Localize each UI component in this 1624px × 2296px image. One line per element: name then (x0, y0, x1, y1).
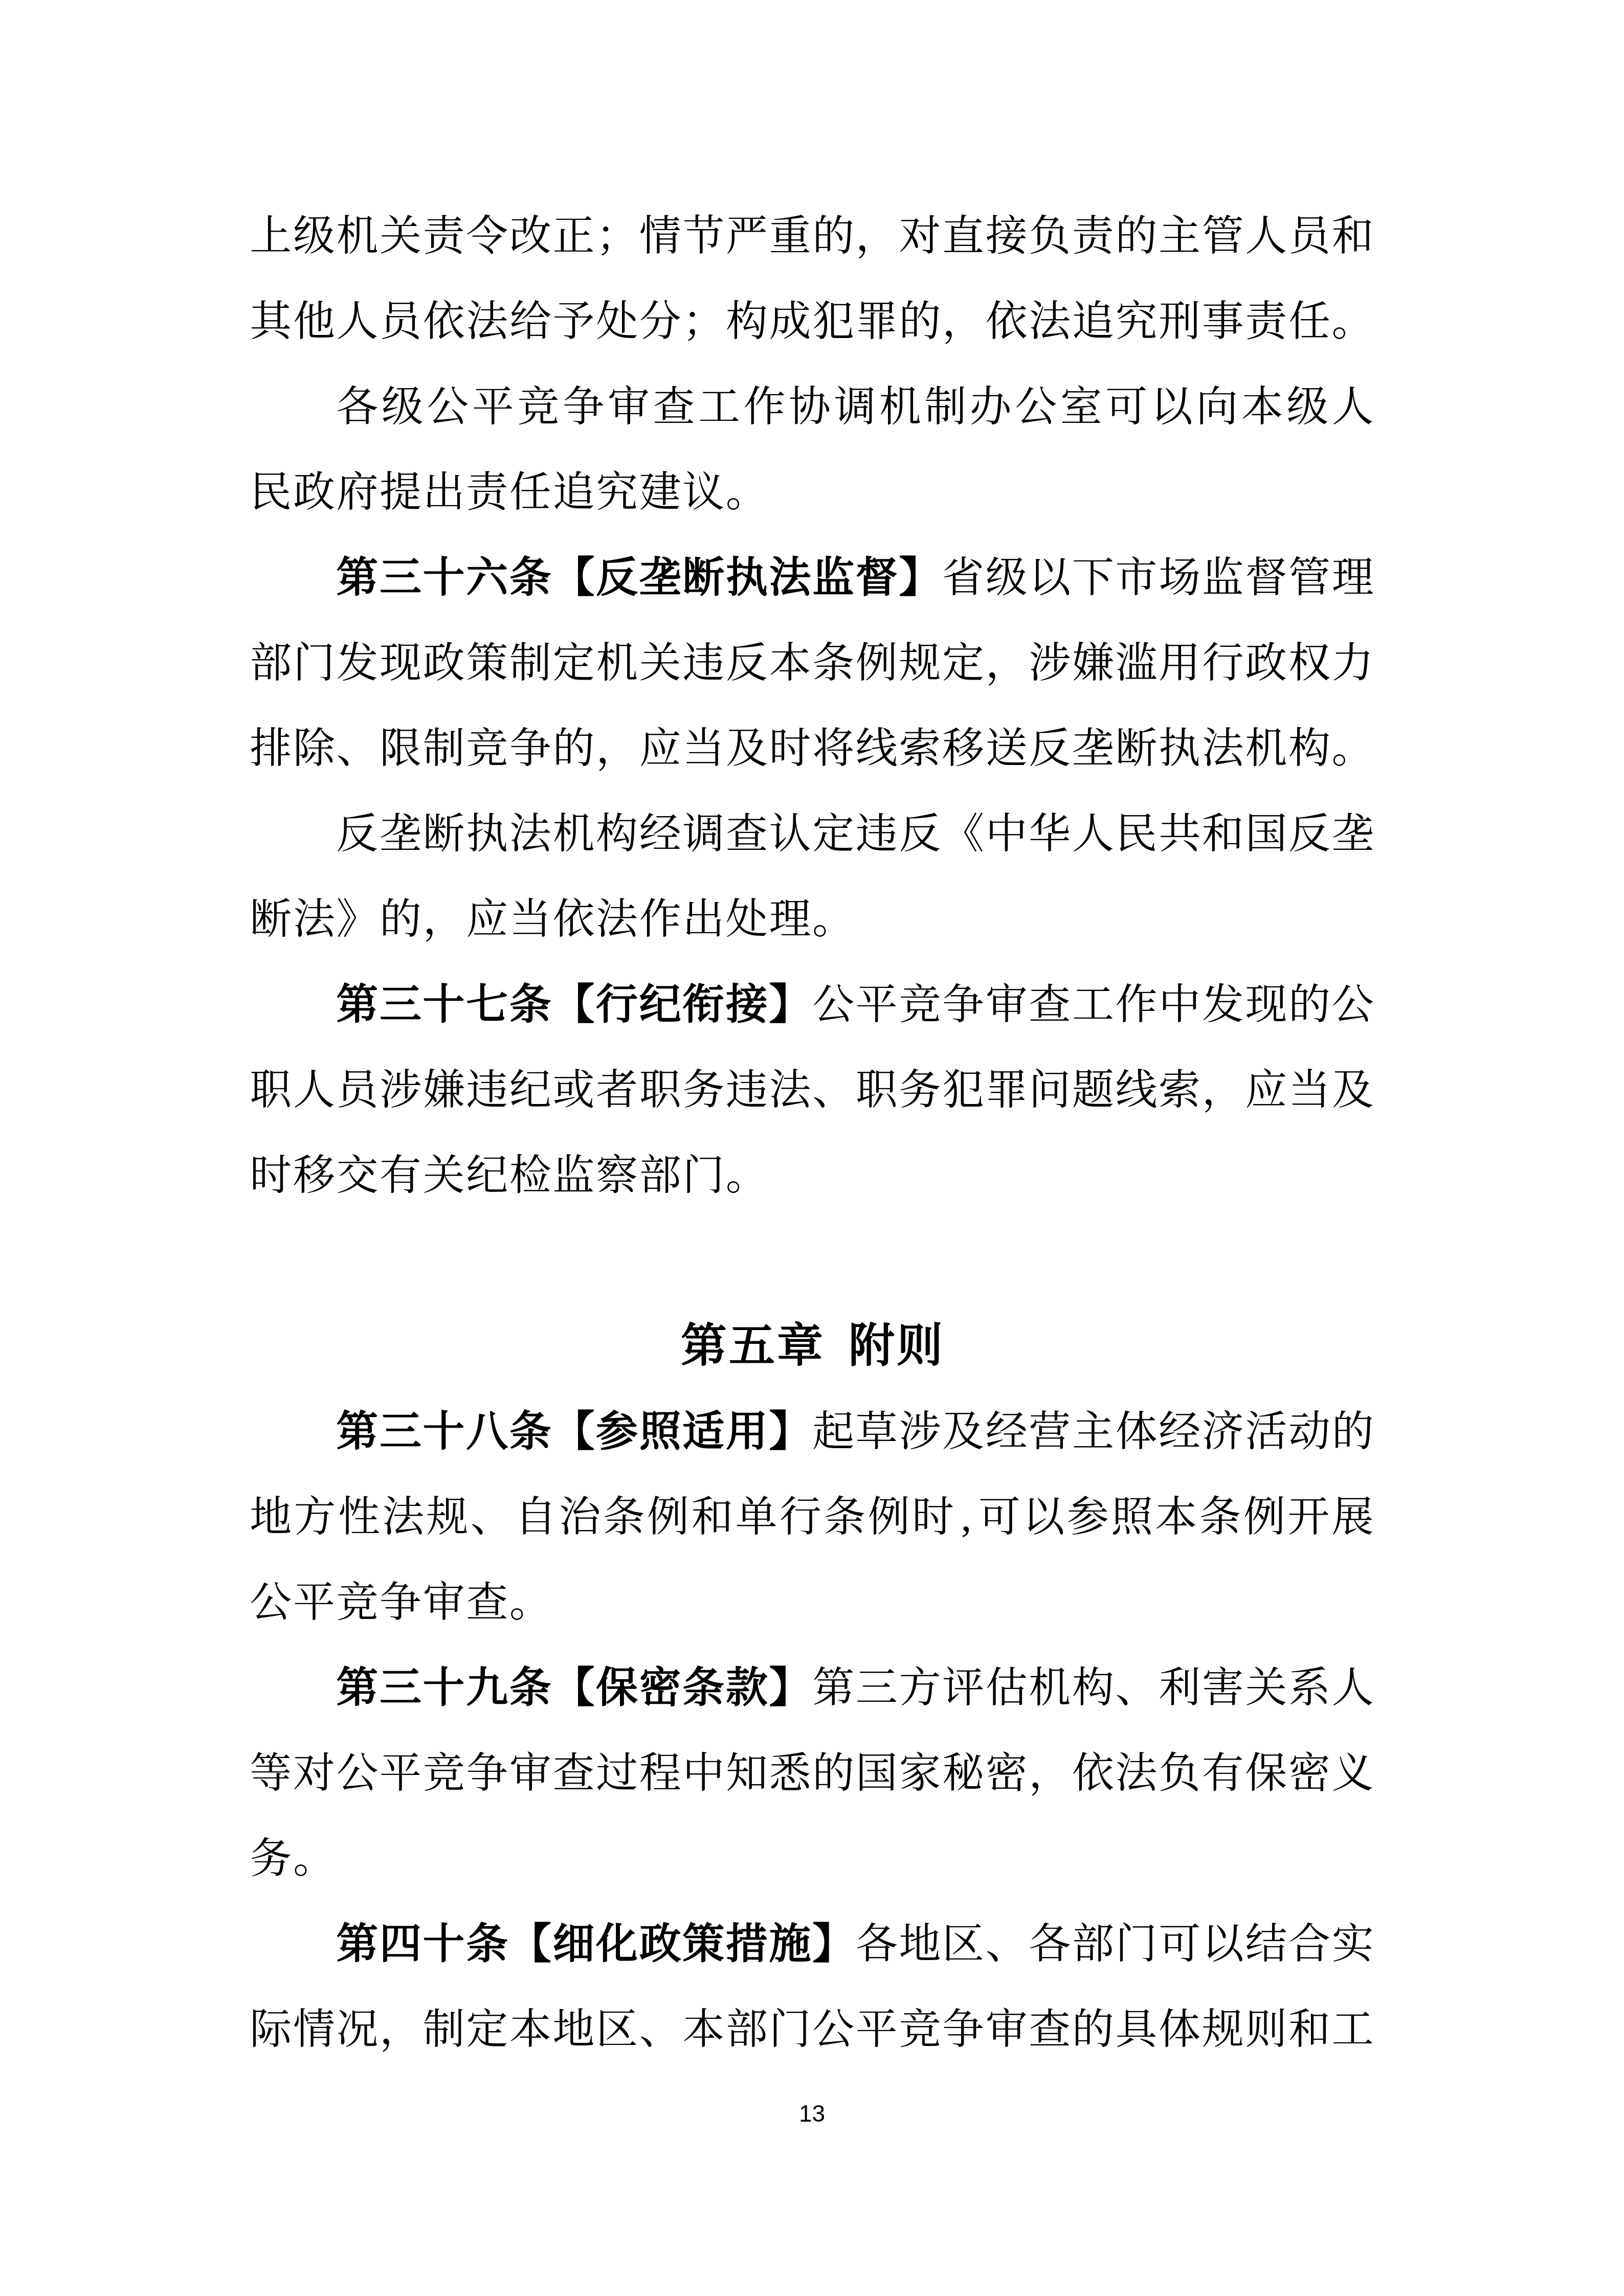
glyph: 程 (638, 1730, 682, 1816)
glyph: 审 (607, 364, 651, 449)
glyph: 涉 (1028, 620, 1072, 706)
glyph: 单 (735, 1474, 778, 1560)
glyph: 审 (509, 1730, 552, 1816)
glyph: 可 (1158, 1901, 1202, 1987)
glyph: 七 (465, 962, 509, 1047)
glyph: 嫌 (422, 1047, 465, 1133)
glyph: 十 (422, 962, 465, 1047)
glyph: ， (985, 620, 1028, 706)
glyph: 查 (1028, 1987, 1072, 2072)
glyph: 附 (848, 1303, 896, 1389)
glyph: 管 (1288, 535, 1331, 620)
glyph: 。 (1331, 279, 1374, 364)
glyph: 九 (465, 1645, 509, 1730)
glyph: 民 (249, 449, 293, 535)
glyph: 营 (1028, 1389, 1072, 1474)
glyph: 滥 (1115, 620, 1158, 706)
document-page: 上级机关责令改正；情节严重的，对直接负责的主管人员和其他人员依法给予处分；构成犯… (0, 0, 1624, 2296)
glyph: 工 (698, 364, 741, 449)
glyph: 查 (652, 364, 696, 449)
glyph: 应 (465, 876, 509, 962)
glyph: 争 (942, 1987, 985, 2072)
glyph: 题 (1072, 1047, 1115, 1133)
glyph: 家 (898, 1730, 942, 1816)
glyph: 现 (1244, 962, 1288, 1047)
glyph: 。 (725, 449, 769, 535)
glyph: 争 (379, 1560, 422, 1645)
glyph: 活 (1244, 1389, 1288, 1474)
glyph: 密 (638, 1645, 682, 1730)
glyph: 机 (595, 620, 639, 706)
glyph: 反 (1288, 791, 1331, 876)
glyph: 违 (682, 620, 725, 706)
glyph: 务 (898, 1047, 942, 1133)
glyph: 条 (812, 620, 855, 706)
glyph: 管 (1201, 193, 1244, 279)
glyph: 员 (336, 1047, 379, 1133)
text-line: 时移交有关纪检监察部门。 (249, 1133, 1374, 1218)
glyph: 除 (293, 706, 336, 791)
glyph: 。 (725, 1133, 769, 1218)
glyph: 化 (595, 1901, 639, 1987)
glyph: 出 (682, 876, 725, 962)
glyph: 任 (509, 449, 552, 535)
glyph: 线 (1115, 1047, 1158, 1133)
glyph: 例 (647, 1474, 690, 1560)
glyph: 断 (682, 535, 725, 620)
glyph: 断 (249, 876, 293, 962)
glyph: 依 (1072, 1730, 1115, 1816)
glyph: 关 (379, 193, 422, 279)
glyph: 、 (985, 1901, 1028, 1987)
glyph: 第 (336, 962, 379, 1047)
glyph: 究 (1115, 279, 1158, 364)
glyph: 行 (1201, 620, 1244, 706)
glyph: 工 (1072, 962, 1115, 1047)
glyph: 的 (1331, 1389, 1374, 1474)
glyph: 建 (638, 449, 682, 535)
glyph: 条 (823, 1474, 866, 1560)
glyph: 分 (638, 279, 682, 364)
glyph: 查 (552, 1730, 595, 1816)
glyph: 地 (552, 1987, 595, 2072)
glyph: 认 (768, 791, 812, 876)
glyph: 予 (552, 279, 595, 364)
glyph: 十 (422, 535, 465, 620)
glyph: 垄 (638, 535, 682, 620)
glyph: 条 (509, 962, 552, 1047)
glyph: 竞 (898, 1987, 942, 2072)
glyph: 反 (336, 791, 379, 876)
glyph: 可 (1105, 364, 1148, 449)
glyph: 条 (509, 1389, 552, 1474)
glyph: 上 (249, 193, 293, 279)
glyph: 第 (680, 1303, 728, 1389)
glyph: 】 (768, 962, 812, 1047)
glyph: 参 (595, 1389, 639, 1474)
glyph: 责 (465, 449, 509, 535)
glyph: 各 (1028, 1901, 1072, 1987)
glyph: 违 (465, 1047, 509, 1133)
glyph: 以 (1150, 364, 1193, 449)
glyph: 令 (465, 193, 509, 279)
glyph: 经 (1158, 1389, 1202, 1474)
glyph: 人 (1331, 364, 1374, 449)
glyph: 五 (728, 1303, 776, 1389)
glyph: 保 (1244, 1730, 1288, 1816)
glyph: 罪 (985, 1047, 1028, 1133)
glyph: 第 (336, 1645, 379, 1730)
glyph: 务 (682, 1047, 725, 1133)
glyph: 机 (336, 193, 379, 279)
glyph: 条 (1198, 1474, 1242, 1560)
glyph: 法 (768, 1047, 812, 1133)
glyph: 关 (638, 620, 682, 706)
glyph: , (955, 1474, 977, 1560)
glyph: 索 (1158, 1047, 1202, 1133)
glyph: 处 (595, 279, 639, 364)
glyph: 款 (725, 1645, 769, 1730)
glyph: 断 (1115, 706, 1158, 791)
glyph: 主 (1072, 1389, 1115, 1474)
glyph: 参 (1066, 1474, 1109, 1560)
glyph: 监 (1202, 535, 1245, 620)
glyph: 、 (1115, 1645, 1158, 1730)
glyph: ， (1028, 1730, 1072, 1816)
text-line: 第三十九条【保密条款】第三方评估机构、利害关系人 (249, 1645, 1374, 1730)
glyph: 区 (942, 1901, 985, 1987)
glyph: 审 (422, 1560, 465, 1645)
glyph: 规 (426, 1474, 469, 1560)
glyph: 各 (855, 1901, 899, 1987)
glyph: 任 (1288, 279, 1331, 364)
glyph: 反 (1028, 706, 1072, 791)
glyph: 垄 (379, 791, 422, 876)
glyph: 协 (788, 364, 832, 449)
glyph: 十 (422, 1645, 465, 1730)
glyph: 衔 (682, 962, 725, 1047)
glyph: 垄 (1072, 706, 1115, 791)
glyph: 国 (1244, 791, 1288, 876)
glyph: 依 (422, 279, 465, 364)
glyph: 索 (898, 706, 942, 791)
glyph: 制 (509, 620, 552, 706)
glyph: 法 (1115, 1730, 1158, 1816)
glyph: 省 (942, 535, 985, 620)
glyph: 审 (985, 962, 1028, 1047)
glyph: 三 (379, 962, 422, 1047)
glyph: 现 (379, 620, 422, 706)
glyph: 当 (509, 876, 552, 962)
glyph: 依 (985, 279, 1028, 364)
glyph: 和 (1331, 193, 1374, 279)
glyph: 法 (509, 791, 552, 876)
glyph: 、 (812, 1047, 855, 1133)
glyph: ， (379, 1987, 422, 2072)
glyph: 经 (985, 1389, 1028, 1474)
glyph: 追 (1072, 279, 1115, 364)
glyph: 公 (1014, 364, 1058, 449)
glyph: 可 (978, 1474, 1021, 1560)
glyph: 门 (293, 620, 336, 706)
glyph: 十 (422, 1389, 465, 1474)
glyph: 查 (725, 791, 769, 876)
glyph: 公 (812, 1987, 855, 2072)
glyph: 规 (1201, 1987, 1244, 2072)
glyph: 平 (293, 1560, 336, 1645)
text-line: 际情况，制定本地区、本部门公平竞争审查的具体规则和工 (249, 1987, 1374, 2072)
text-line: 第三十八条【参照适用】起草涉及经营主体经济活动的 (249, 1389, 1374, 1474)
glyph: 其 (249, 279, 293, 364)
glyph: 三 (379, 535, 422, 620)
glyph: 执 (1158, 706, 1202, 791)
glyph: 和 (691, 1474, 734, 1560)
glyph: 制 (924, 364, 967, 449)
glyph: ， (422, 876, 465, 962)
glyph: 起 (812, 1389, 855, 1474)
glyph: 究 (595, 449, 639, 535)
text-line: 第三十七条【行纪衔接】公平竞争审查工作中发现的公 (249, 962, 1374, 1047)
glyph: 的 (898, 279, 942, 364)
glyph: 治 (558, 1474, 602, 1560)
glyph: 竞 (898, 962, 942, 1047)
glyph: 级 (1286, 364, 1329, 449)
glyph: 负 (1028, 193, 1072, 279)
glyph: 员 (1288, 193, 1331, 279)
glyph: 则 (1244, 1987, 1288, 2072)
glyph: 主 (1158, 193, 1202, 279)
glyph: 动 (1288, 1389, 1331, 1474)
glyph: 、 (638, 1987, 682, 2072)
glyph: 行 (595, 962, 639, 1047)
glyph: 违 (855, 791, 899, 876)
glyph: 正 (552, 193, 595, 279)
glyph: 向 (1195, 364, 1239, 449)
glyph: 责 (1244, 279, 1288, 364)
glyph: 移 (293, 1133, 336, 1218)
glyph: 关 (1244, 1645, 1288, 1730)
text-line: 第三十六条【反垄断执法监督】省级以下市场监督管理 (249, 535, 1374, 620)
glyph: 当 (1288, 1047, 1331, 1133)
glyph: 关 (422, 1133, 465, 1218)
glyph: 力 (1331, 620, 1374, 706)
glyph: 监 (812, 535, 855, 620)
glyph: 的 (379, 876, 422, 962)
page-number: 13 (0, 2096, 1624, 2131)
glyph: 条 (465, 1901, 509, 1987)
glyph: 发 (1202, 962, 1245, 1047)
glyph: 【 (552, 1389, 595, 1474)
glyph: 本 (768, 620, 812, 706)
glyph: 具 (1115, 1987, 1158, 2072)
glyph: 》 (336, 876, 379, 962)
glyph: 照 (1110, 1474, 1154, 1560)
text-line: 民政府提出责任追究建议。 (249, 449, 1374, 535)
glyph: 条 (682, 1645, 725, 1730)
glyph: 问 (1028, 1047, 1072, 1133)
glyph: 系 (1288, 1645, 1331, 1730)
glyph: 纪 (638, 962, 682, 1047)
glyph: 构 (1288, 706, 1331, 791)
glyph: 【 (552, 962, 595, 1047)
glyph: 条 (509, 1645, 552, 1730)
glyph: 提 (379, 449, 422, 535)
glyph: 草 (855, 1389, 899, 1474)
glyph: 或 (552, 1047, 595, 1133)
glyph: 三 (379, 1645, 422, 1730)
glyph: 规 (898, 620, 942, 706)
glyph: 时 (768, 706, 812, 791)
glyph: 的 (812, 193, 855, 279)
glyph: 法 (595, 876, 639, 962)
glyph: 第 (336, 1389, 379, 1474)
glyph: 施 (768, 1901, 812, 1987)
glyph: 】 (898, 535, 942, 620)
text-line: 断法》的，应当依法作出处理。 (249, 876, 1374, 962)
glyph: 议 (682, 449, 725, 535)
glyph: 悉 (768, 1730, 812, 1816)
glyph: 定 (812, 791, 855, 876)
glyph: 。 (293, 1816, 336, 1901)
glyph: 制 (422, 706, 465, 791)
glyph: 下 (1072, 535, 1115, 620)
glyph: 府 (336, 449, 379, 535)
glyph: 调 (833, 364, 877, 449)
glyph: 职 (249, 1047, 293, 1133)
glyph: 及 (942, 1389, 985, 1474)
glyph: 接 (725, 962, 769, 1047)
glyph: 例 (1243, 1474, 1286, 1560)
glyph: 】 (768, 1389, 812, 1474)
glyph: 本 (682, 1987, 725, 2072)
glyph: 办 (969, 364, 1013, 449)
glyph: 以 (1028, 535, 1072, 620)
glyph: 评 (942, 1645, 985, 1730)
glyph: 密 (985, 1730, 1028, 1816)
text-line: 各级公平竞争审查工作协调机制办公室可以向本级人 (249, 364, 1374, 449)
glyph: 实 (1331, 1901, 1374, 1987)
glyph: 定 (552, 620, 595, 706)
glyph: 体 (1158, 1987, 1202, 2072)
glyph: 竞 (517, 364, 560, 449)
glyph: 密 (1288, 1730, 1331, 1816)
glyph: 本 (509, 1987, 552, 2072)
text-line: 反垄断执法机构经调查认定违反《中华人民共和国反垄 (249, 791, 1374, 876)
glyph: 政 (422, 620, 465, 706)
glyph: 的 (552, 706, 595, 791)
glyph: 保 (595, 1645, 639, 1730)
glyph: 平 (855, 1987, 899, 2072)
glyph: 员 (379, 279, 422, 364)
glyph: 公 (1331, 962, 1374, 1047)
glyph: 】 (768, 1645, 812, 1730)
glyph: 则 (896, 1303, 944, 1389)
glyph: 。 (812, 876, 855, 962)
glyph: 反 (898, 791, 942, 876)
glyph: 查 (1028, 962, 1072, 1047)
glyph: 应 (1244, 1047, 1288, 1133)
text-line: 部门发现政策制定机关违反本条例规定，涉嫌滥用行政权力 (249, 620, 1374, 706)
text-line: 其他人员依法给予处分；构成犯罪的，依法追究刑事责任。 (249, 279, 1374, 364)
glyph: 争 (562, 364, 605, 449)
glyph: 及 (725, 706, 769, 791)
glyph: 秘 (942, 1730, 985, 1816)
glyph: 例 (855, 620, 899, 706)
glyph: 成 (768, 279, 812, 364)
glyph: 嫌 (1072, 620, 1115, 706)
glyph: 部 (725, 1987, 769, 2072)
glyph: 政 (293, 449, 336, 535)
glyph: 级 (985, 535, 1028, 620)
glyph: 三 (379, 1389, 422, 1474)
glyph: 当 (682, 706, 725, 791)
glyph: 垄 (1331, 791, 1374, 876)
glyph: 作 (743, 364, 786, 449)
glyph: 【 (509, 1901, 552, 1987)
glyph: 细 (552, 1901, 595, 1987)
glyph: 责 (1072, 193, 1115, 279)
glyph: 线 (855, 706, 899, 791)
glyph: 公 (336, 1730, 379, 1816)
glyph: 机 (879, 364, 922, 449)
glyph: 三 (855, 1645, 899, 1730)
glyph: 第 (812, 1645, 855, 1730)
glyph: 执 (465, 791, 509, 876)
text-line: 上级机关责令改正；情节严重的，对直接负责的主管人员和 (249, 193, 1374, 279)
glyph: 纪 (465, 1133, 509, 1218)
glyph: 政 (1244, 620, 1288, 706)
glyph: 他 (293, 279, 336, 364)
glyph: 政 (638, 1901, 682, 1987)
glyph: 门 (1115, 1901, 1158, 1987)
glyph: 时 (249, 1133, 293, 1218)
glyph: 地 (898, 1901, 942, 1987)
glyph: 争 (465, 1730, 509, 1816)
glyph: 国 (855, 1730, 899, 1816)
glyph: 公 (812, 962, 855, 1047)
glyph: 严 (725, 193, 769, 279)
glyph: 合 (1288, 1901, 1331, 1987)
glyph: 出 (422, 449, 465, 535)
glyph: 法 (1201, 706, 1244, 791)
text-lines: 上级机关责令改正；情节严重的，对直接负责的主管人员和其他人员依法给予处分；构成犯… (249, 193, 1374, 2072)
glyph: 场 (1158, 535, 1202, 620)
glyph: 违 (725, 1047, 769, 1133)
glyph: 【 (552, 1645, 595, 1730)
glyph: 法 (382, 1474, 425, 1560)
glyph: 展 (1331, 1474, 1374, 1560)
glyph: 限 (379, 706, 422, 791)
glyph: 依 (552, 876, 595, 962)
glyph: 际 (249, 1987, 293, 2072)
glyph: 追 (552, 449, 595, 535)
glyph: 罪 (855, 279, 899, 364)
glyph: 况 (336, 1987, 379, 2072)
glyph: 发 (336, 620, 379, 706)
glyph: 对 (898, 193, 942, 279)
glyph: 以 (1022, 1474, 1065, 1560)
glyph: 和 (1288, 1987, 1331, 2072)
glyph: 机 (1028, 1645, 1072, 1730)
glyph: 负 (1158, 1730, 1202, 1816)
glyph: 涉 (898, 1389, 942, 1474)
glyph: 有 (379, 1133, 422, 1218)
glyph: 、 (336, 706, 379, 791)
glyph: 法 (293, 876, 336, 962)
glyph: 中 (1158, 962, 1202, 1047)
glyph: 职 (638, 1047, 682, 1133)
glyph: 断 (422, 791, 465, 876)
